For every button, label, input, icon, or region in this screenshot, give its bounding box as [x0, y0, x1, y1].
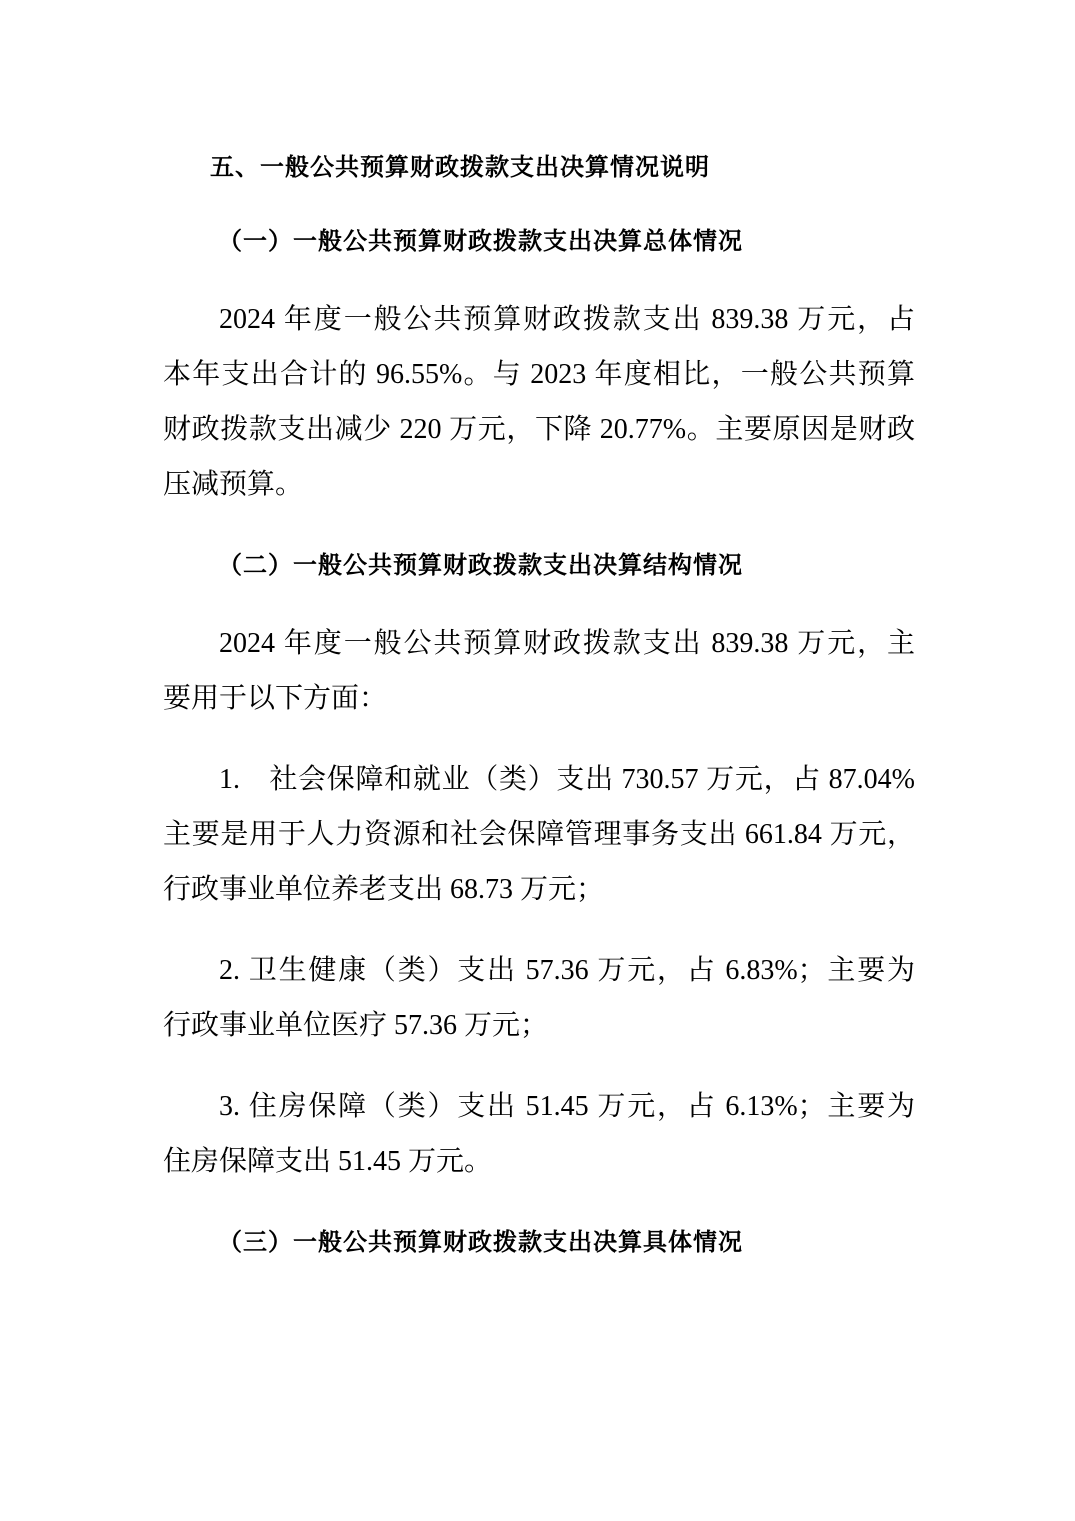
paragraph: 2. 卫生健康（类）支出 57.36 万元，占 6.83%；主要为行政事业单位医…	[163, 943, 915, 1053]
text-line: 住房保障支出 51.45 万元。	[163, 1134, 915, 1189]
paragraph: 2024 年度一般公共预算财政拨款支出 839.38 万元，占本年支出合计的 9…	[163, 292, 915, 512]
section-heading: （三）一般公共预算财政拨款支出决算具体情况	[163, 1223, 915, 1263]
text-line: 要用于以下方面：	[163, 671, 915, 726]
section-heading: （二）一般公共预算财政拨款支出决算结构情况	[163, 546, 915, 586]
text-line: 财政拨款支出减少 220 万元，下降 20.77%。主要原因是财政	[163, 402, 915, 457]
text-line: 主要是用于人力资源和社会保障管理事务支出 661.84 万元，	[163, 807, 915, 862]
text-line: 1. 社会保障和就业（类）支出 730.57 万元，占 87.04%	[163, 752, 915, 807]
text-line: 行政事业单位养老支出 68.73 万元；	[163, 862, 915, 917]
paragraph: 2024 年度一般公共预算财政拨款支出 839.38 万元，主要用于以下方面：	[163, 616, 915, 726]
section-heading: （一）一般公共预算财政拨款支出决算总体情况	[163, 222, 915, 262]
text-line: 本年支出合计的 96.55%。与 2023 年度相比，一般公共预算	[163, 347, 915, 402]
document-title: 五、一般公共预算财政拨款支出决算情况说明	[163, 148, 915, 188]
text-line: 3. 住房保障（类）支出 51.45 万元，占 6.13%；主要为	[163, 1079, 915, 1134]
text-line: 压减预算。	[163, 457, 915, 512]
document-body: （一）一般公共预算财政拨款支出决算总体情况2024 年度一般公共预算财政拨款支出…	[163, 222, 915, 1263]
text-line: 行政事业单位医疗 57.36 万元；	[163, 998, 915, 1053]
text-line: 2024 年度一般公共预算财政拨款支出 839.38 万元，主	[163, 616, 915, 671]
document-page: 五、一般公共预算财政拨款支出决算情况说明 （一）一般公共预算财政拨款支出决算总体…	[0, 0, 1075, 1521]
text-line: 2. 卫生健康（类）支出 57.36 万元，占 6.83%；主要为	[163, 943, 915, 998]
text-line: 2024 年度一般公共预算财政拨款支出 839.38 万元，占	[163, 292, 915, 347]
paragraph: 1. 社会保障和就业（类）支出 730.57 万元，占 87.04%主要是用于人…	[163, 752, 915, 917]
paragraph: 3. 住房保障（类）支出 51.45 万元，占 6.13%；主要为住房保障支出 …	[163, 1079, 915, 1189]
